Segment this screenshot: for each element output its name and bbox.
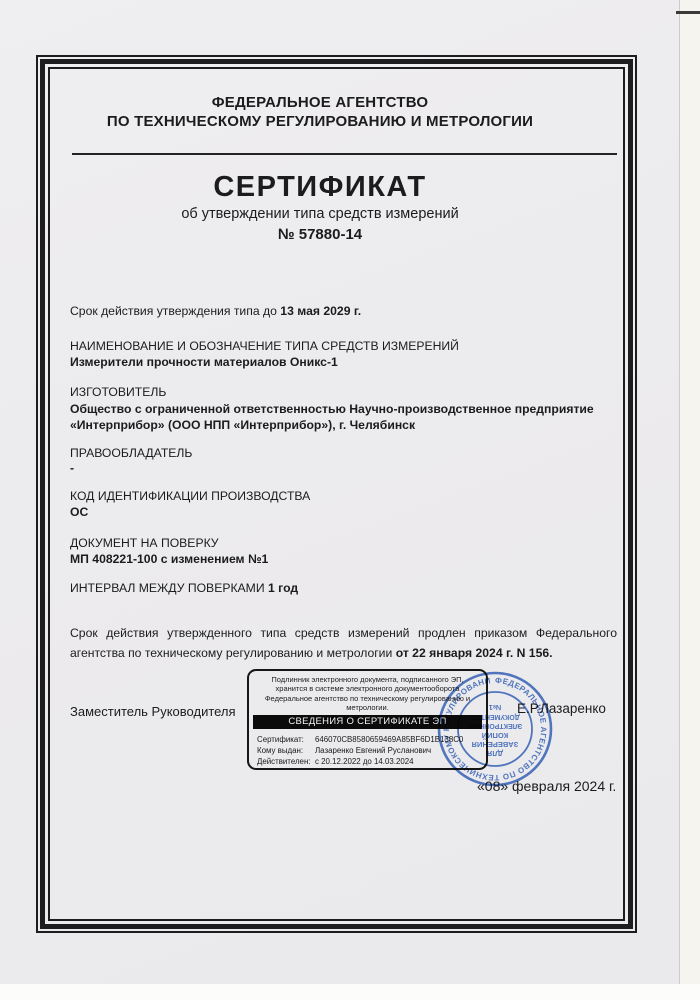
certificate-subtitle: об утверждении типа средств измерений bbox=[25, 206, 615, 222]
rights-holder-value: - bbox=[70, 461, 74, 476]
manufacturer-label: ИЗГОТОВИТЕЛЬ bbox=[70, 385, 166, 400]
stamp-inner-line-4: ЭЛЕКТРОННЫХ bbox=[467, 722, 522, 729]
validity-value: 13 мая 2029 г. bbox=[280, 304, 361, 318]
esign-issued-value: Лазаренко Евгений Русланович bbox=[315, 746, 431, 755]
certificate-title: СЕРТИФИКАТ bbox=[25, 171, 615, 204]
agency-line-1: ФЕДЕРАЛЬНОЕ АГЕНТСТВО bbox=[25, 93, 615, 112]
prolongation-paragraph: Срок действия утвержденного типа средств… bbox=[70, 623, 617, 663]
manufacturer-value: Общество с ограниченной ответственностью… bbox=[70, 401, 630, 433]
stamp-inner-line-1: ДЛЯ bbox=[487, 749, 503, 758]
scanner-background-right bbox=[680, 0, 700, 984]
esign-issued-label: Кому выдан: bbox=[257, 746, 315, 757]
esign-valid-value: с 20.12.2022 до 14.03.2024 bbox=[315, 757, 414, 766]
scan-artifact-line bbox=[676, 11, 700, 14]
interval-value: 1 год bbox=[268, 581, 298, 595]
rights-holder-label: ПРАВООБЛАДАТЕЛЬ bbox=[70, 446, 192, 461]
certificate-number: № 57880-14 bbox=[25, 226, 615, 243]
header-divider bbox=[72, 153, 617, 155]
scanner-background-bottom bbox=[0, 984, 700, 1000]
esign-valid-label: Действителен: bbox=[257, 757, 315, 768]
type-name-label: НАИМЕНОВАНИЕ И ОБОЗНАЧЕНИЕ ТИПА СРЕДСТВ … bbox=[70, 339, 459, 354]
type-name-value: Измерители прочности материалов Оникс-1 bbox=[70, 355, 338, 370]
stamp-inner-line-2: ЗАВЕРЕНИЯ bbox=[472, 740, 519, 749]
production-code-label: КОД ИДЕНТИФИКАЦИИ ПРОИЗВОДСТВА bbox=[70, 489, 310, 504]
stamp-inner-line-3: КОПИЙ bbox=[482, 731, 509, 740]
signer-position: Заместитель Руководителя bbox=[70, 704, 236, 719]
agency-name: ФЕДЕРАЛЬНОЕ АГЕНТСТВО ПО ТЕХНИЧЕСКОМУ РЕ… bbox=[25, 93, 615, 131]
official-round-stamp-icon: ФЕДЕРАЛЬНОЕ АГЕНТСТВО ПО ТЕХНИЧЕСКОМУ РЕ… bbox=[428, 662, 562, 796]
certificate-scan-page: ФЕДЕРАЛЬНОЕ АГЕНТСТВО ПО ТЕХНИЧЕСКОМУ РЕ… bbox=[0, 0, 700, 1000]
stamp-inner-line-5: ДОКУМЕНТОВ bbox=[470, 713, 519, 720]
verification-doc-value: МП 408221-100 с изменением №1 bbox=[70, 552, 268, 567]
esign-cert-label: Сертификат: bbox=[257, 735, 315, 746]
prolongation-value: от 22 января 2024 г. N 156. bbox=[396, 646, 553, 660]
verification-doc-label: ДОКУМЕНТ НА ПОВЕРКУ bbox=[70, 536, 219, 551]
agency-line-2: ПО ТЕХНИЧЕСКОМУ РЕГУЛИРОВАНИЮ И МЕТРОЛОГ… bbox=[25, 112, 615, 131]
interval-line: ИНТЕРВАЛ МЕЖДУ ПОВЕРКАМИ 1 год bbox=[70, 581, 298, 596]
production-code-value: ОС bbox=[70, 505, 88, 520]
stamp-inner-line-6: №1 bbox=[489, 703, 502, 712]
validity-prefix: Срок действия утверждения типа до bbox=[70, 304, 280, 318]
validity-line: Срок действия утверждения типа до 13 мая… bbox=[70, 304, 361, 319]
interval-prefix: ИНТЕРВАЛ МЕЖДУ ПОВЕРКАМИ bbox=[70, 581, 268, 595]
